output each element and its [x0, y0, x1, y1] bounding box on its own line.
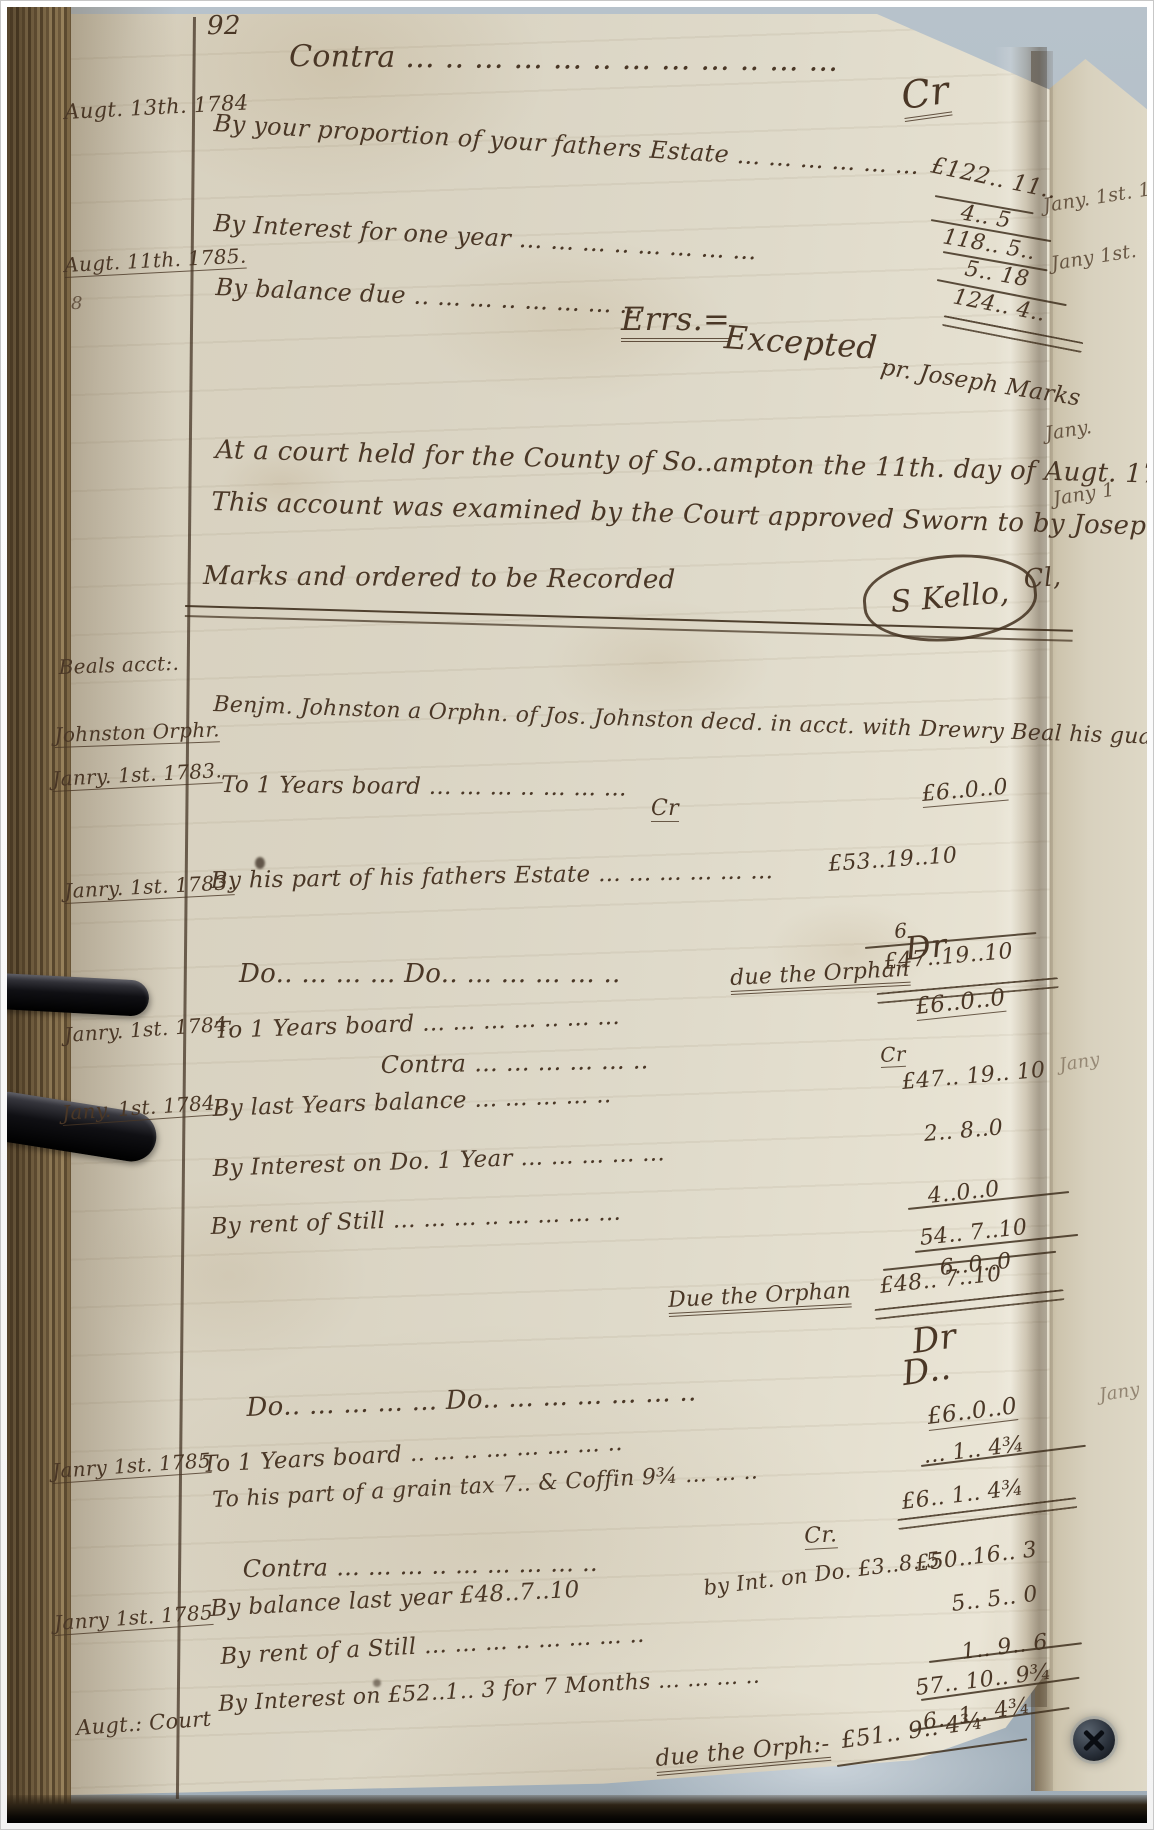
dr-mark: Dr [903, 929, 948, 967]
gutter-shadow [67, 7, 177, 1823]
clerk-title: Cl, [1023, 564, 1063, 594]
dr-mark: D.. [900, 1351, 953, 1393]
contra-heading: Contra ... .. ... ... ... .. ... ... ...… [289, 41, 838, 77]
cr-mark: Cr. [804, 1523, 838, 1550]
contra-label: Contra ... ... ... ... ... .. [381, 1048, 649, 1078]
table-edge-shadow [7, 1795, 1147, 1823]
ditto-header: Do.. ... ... ... Do.. ... ... ... ... .. [239, 961, 621, 988]
ledger-photo: 92 Contra ... .. ... ... ... .. ... ... … [7, 7, 1147, 1823]
margin-label: Beals acct:. [58, 653, 179, 678]
errors-excepted: Errs.= [621, 303, 730, 342]
page-number: 92 [207, 13, 241, 40]
margin-mark: 8 [71, 295, 83, 314]
clerk-signature-name: S Kello, [890, 577, 1011, 619]
entry-desc: To 1 Years board ... ... ... .. ... ... … [221, 773, 627, 801]
cr-mark: Cr [651, 797, 679, 822]
screw-x-icon [1073, 1719, 1115, 1761]
book-spine [7, 7, 71, 1823]
photo-frame: 92 Contra ... .. ... ... ... .. ... ... … [0, 0, 1154, 1830]
cr-mark: Cr [899, 71, 953, 122]
cr-mark: Cr [880, 1044, 907, 1068]
binder-clip-top [7, 973, 150, 1017]
court-record-line: Marks and ordered to be Recorded [203, 563, 676, 594]
